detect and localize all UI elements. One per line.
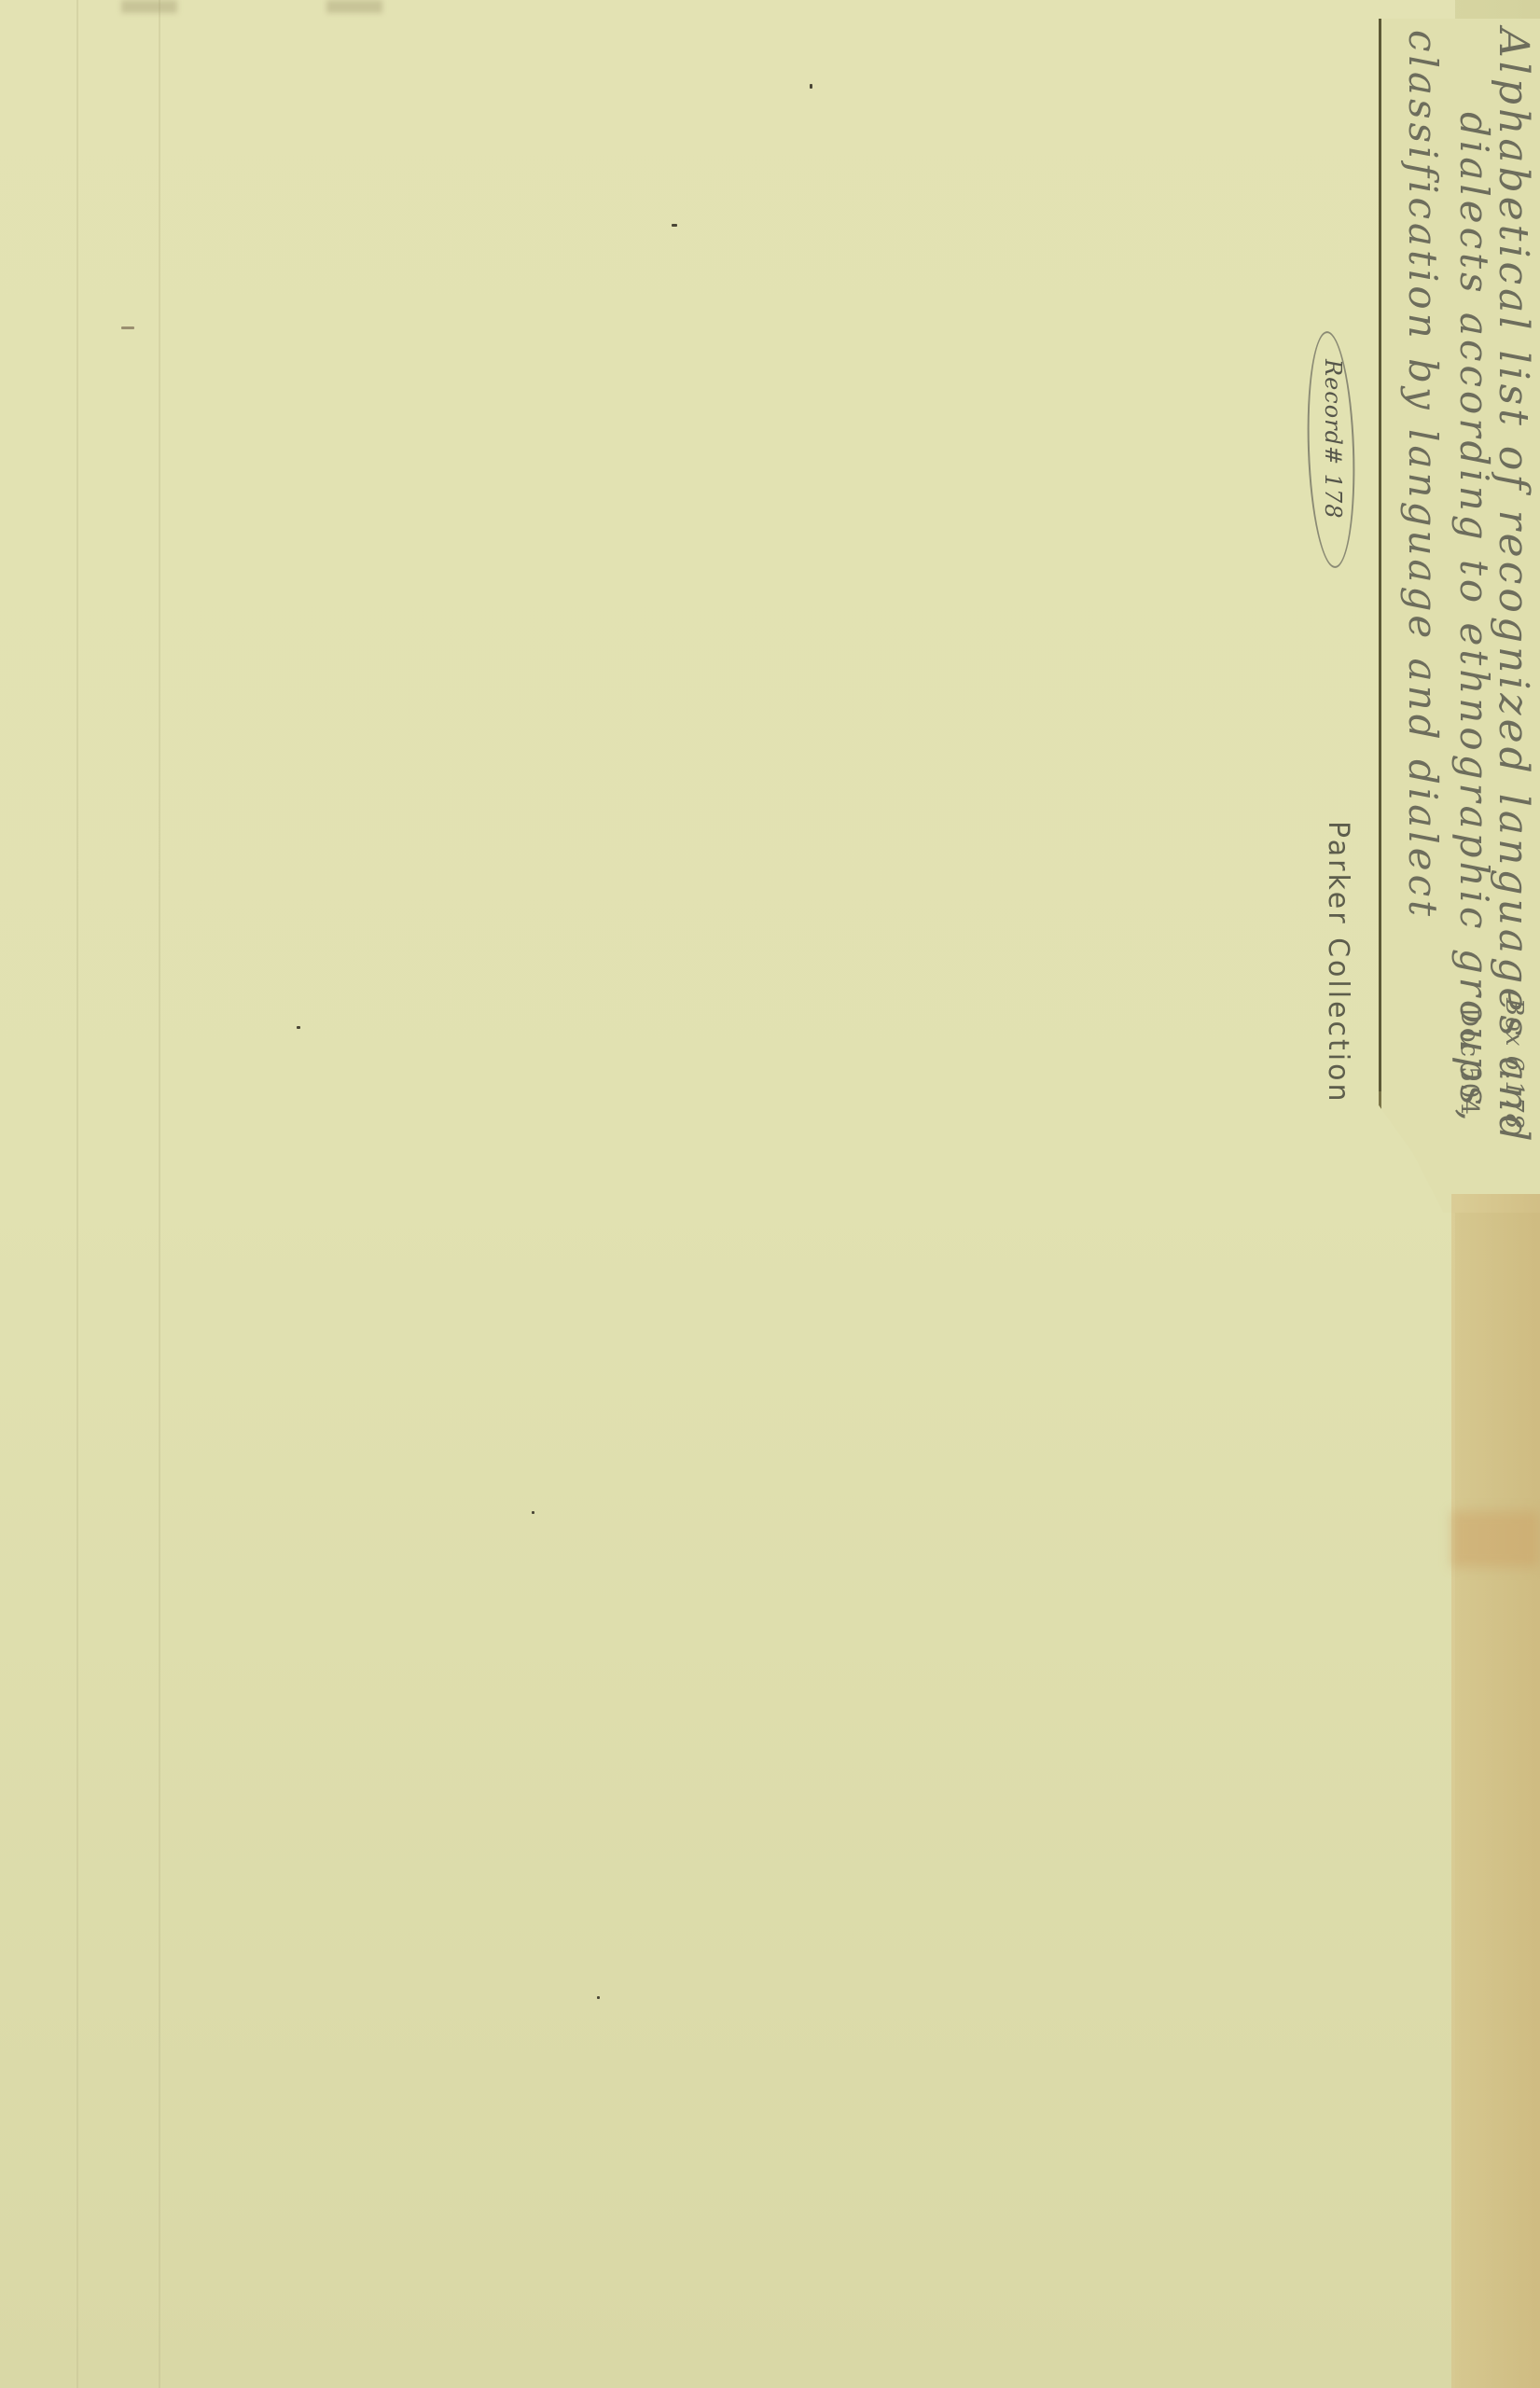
top-edge-stain <box>121 0 177 13</box>
tab-label-line-2: dialects according to ethnographic group… <box>1451 112 1497 1125</box>
paper-speck <box>810 84 812 89</box>
fold-crease <box>159 0 160 2388</box>
paper-speck <box>597 1996 600 1999</box>
paper-speck <box>121 326 134 329</box>
paper-speck <box>532 1511 534 1514</box>
paper-speck <box>297 1026 300 1029</box>
scanned-page: Alphabetical list of recognized language… <box>0 0 1540 2388</box>
top-edge-stain <box>326 0 382 13</box>
record-number: Record# 178 <box>1320 359 1346 520</box>
collection-note: Parker Collection <box>1322 821 1354 1104</box>
tab-label-line-3: classification by language and dialect <box>1400 30 1446 920</box>
box-reference: Box 6.178 <box>1500 998 1528 1130</box>
folder-tab-edge <box>1379 19 1381 1091</box>
doc-reference: Doc 504 <box>1455 1007 1483 1116</box>
stain-spot <box>1451 1511 1540 1567</box>
right-edge-stain <box>1451 1194 1540 2388</box>
paper-speck <box>672 224 677 227</box>
folder-body <box>0 0 1455 2388</box>
fold-crease <box>76 0 78 2388</box>
